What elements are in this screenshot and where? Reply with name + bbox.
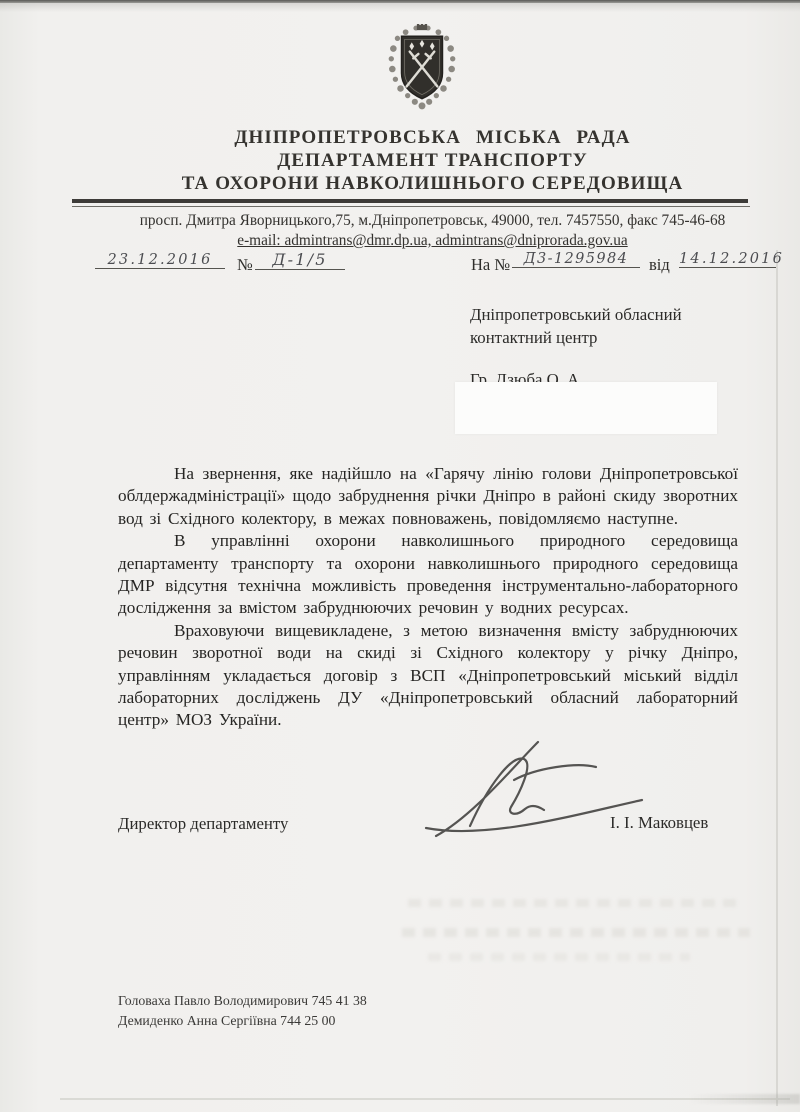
org-name-line3: ТА ОХОРОНИ НАВКОЛИШНЬОГО СЕРЕДОВИЩА: [60, 172, 800, 195]
org-name-line2: ДЕПАРТАМЕНТ ТРАНСПОРТУ: [60, 149, 800, 172]
postal-address: просп. Дмитра Яворницького,75, м.Дніпроп…: [60, 211, 800, 231]
bleed-through-artifact: [408, 899, 738, 907]
scan-edge-top-shadow: [0, 3, 800, 12]
scan-edge-bottom: [60, 1098, 790, 1100]
signer-position-title: Директор департаменту: [118, 814, 288, 834]
recipient-block: Дніпропетровський обласний контактний це…: [470, 303, 682, 391]
email-line: e-mail: admintrans@dmr.dp.ua, admintrans…: [60, 231, 800, 251]
executor-contact-1: Головаха Павло Володимирович 745 41 38: [118, 991, 367, 1011]
signer-name: І. І. Маковцев: [610, 813, 708, 833]
outgoing-date-handwritten: 23.12.2016: [95, 252, 225, 269]
coat-of-arms-icon: [383, 24, 461, 112]
executor-contacts: Головаха Павло Володимирович 745 41 38 Д…: [118, 991, 367, 1030]
org-name-line1: ДНІПРОПЕТРОВСЬКА МІСЬКА РАДА: [60, 126, 800, 149]
incoming-number-handwritten: Д3-1295984: [512, 251, 640, 268]
incoming-date-handwritten: 14.12.2016: [679, 251, 776, 268]
body-paragraph-3: Враховуючи вищевикладене, з метою визнач…: [118, 620, 738, 732]
scanned-letter-page: ДНІПРОПЕТРОВСЬКА МІСЬКА РАДА ДЕПАРТАМЕНТ…: [0, 0, 800, 1112]
scan-edge-right: [776, 250, 778, 1106]
header-divider-bar: [72, 199, 748, 203]
bleed-through-artifact: [428, 953, 690, 961]
handwritten-signature: [418, 738, 653, 850]
body-paragraph-2: В управлінні охорони навколишнього приро…: [118, 530, 738, 620]
body-paragraph-1: На звернення, яке надійшло на «Гарячу лі…: [118, 463, 738, 530]
bleed-through-artifact: [402, 928, 750, 937]
from-date-label: від: [649, 255, 670, 275]
executor-contact-2: Демиденко Анна Сергіївна 744 25 00: [118, 1011, 367, 1031]
header-divider-line: [72, 206, 750, 207]
number-sign-label: №: [237, 255, 253, 275]
recipient-org-line2: контактний центр: [470, 326, 682, 349]
outgoing-number-handwritten: Д-1/5: [255, 250, 345, 270]
recipient-org-line1: Дніпропетровський обласний: [470, 303, 682, 326]
reply-to-label: На №: [471, 255, 510, 275]
letter-body: На звернення, яке надійшло на «Гарячу лі…: [118, 463, 738, 732]
redacted-address-box: [455, 382, 717, 434]
scan-corner-smudge: [688, 1094, 800, 1104]
letterhead: ДНІПРОПЕТРОВСЬКА МІСЬКА РАДА ДЕПАРТАМЕНТ…: [60, 126, 800, 195]
contact-block: просп. Дмитра Яворницького,75, м.Дніпроп…: [60, 211, 800, 251]
